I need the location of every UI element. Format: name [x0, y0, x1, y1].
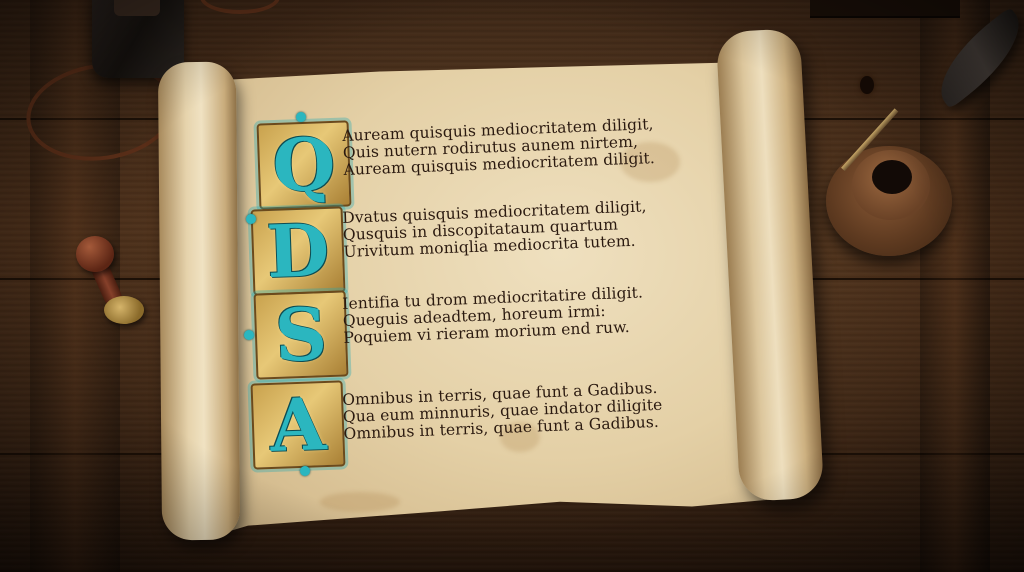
initial-letter: A — [269, 388, 327, 462]
initial-letter: S — [274, 298, 328, 372]
illuminated-initial: A — [251, 380, 346, 469]
flourish-icon — [244, 330, 254, 340]
illuminated-initial: Q — [257, 120, 352, 209]
flourish-icon — [296, 112, 306, 122]
illuminated-initial: D — [251, 206, 346, 295]
initial-letter: D — [266, 214, 331, 288]
flourish-icon — [246, 214, 256, 224]
flourish-icon — [300, 466, 310, 476]
seal-stamp-base — [104, 296, 144, 324]
ink-bottle-icon — [92, 0, 184, 78]
illuminated-initial: S — [254, 290, 349, 379]
wood-knot — [860, 76, 874, 94]
inkwell-mouth — [872, 160, 912, 194]
wooden-box — [810, 0, 960, 18]
scroll-roll-left — [158, 62, 240, 541]
desk-scene: Q D S A Auream quisquis mediocritatem di… — [0, 0, 1024, 572]
seal-stamp-handle — [76, 236, 114, 272]
initial-letter: Q — [271, 128, 336, 202]
